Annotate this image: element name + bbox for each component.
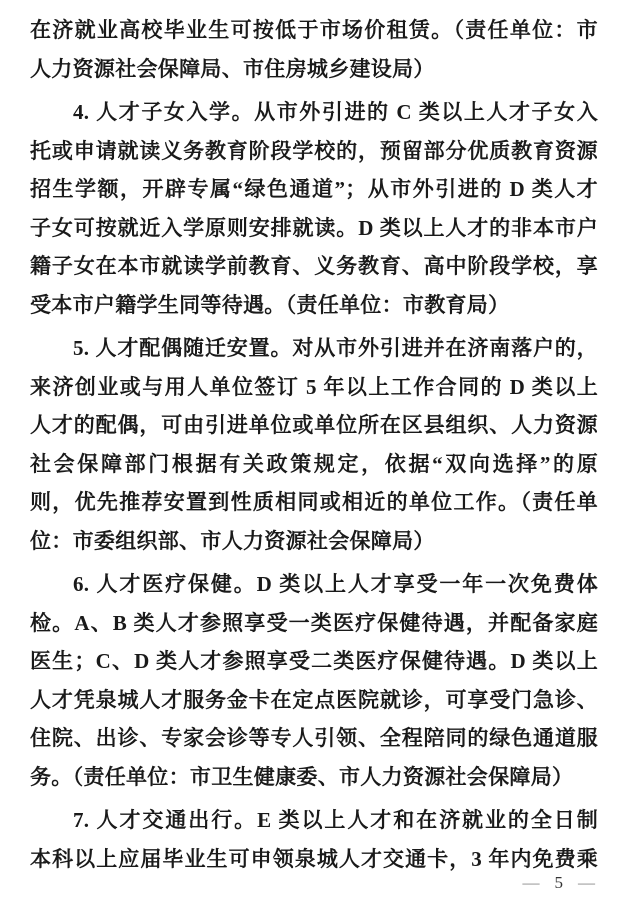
text-line-paragraph-7-start: 7. 人才交通出行。E 类以上人才和在济就业的全日制: [30, 801, 598, 840]
text-line: 在济就业高校毕业生可按低于市场价租赁。（责任单位：市: [30, 11, 598, 50]
text-line: 托或申请就读义务教育阶段学校的，预留部分优质教育资源: [30, 132, 598, 171]
text-line: 人才的配偶，可由引进单位或单位所在区县组织、人力资源: [30, 406, 598, 445]
footer-dash-left: —: [523, 873, 540, 892]
page-footer: —5—: [523, 870, 596, 896]
footer-dash-right: —: [578, 873, 595, 892]
text-line: 住院、出诊、专家会诊等专人引领、全程陪同的绿色通道服: [30, 719, 598, 758]
document-page: 在济就业高校毕业生可按低于市场价租赁。（责任单位：市 人力资源社会保障局、市住房…: [0, 0, 630, 903]
document-body: 在济就业高校毕业生可按低于市场价租赁。（责任单位：市 人力资源社会保障局、市住房…: [30, 11, 598, 878]
text-line: 人力资源社会保障局、市住房城乡建设局）: [30, 50, 598, 89]
text-line: 医生；C、D 类人才参照享受二类医疗保健待遇。D 类以上: [30, 642, 598, 681]
text-line: 检。A、B 类人才参照享受一类医疗保健待遇，并配备家庭: [30, 604, 598, 643]
text-line: 受本市户籍学生同等待遇。（责任单位：市教育局）: [30, 286, 598, 325]
text-line: 籍子女在本市就读学前教育、义务教育、高中阶段学校，享: [30, 247, 598, 286]
text-line: 人才凭泉城人才服务金卡在定点医院就诊，可享受门急诊、: [30, 681, 598, 720]
text-line: 则，优先推荐安置到性质相同或相近的单位工作。（责任单: [30, 483, 598, 522]
text-line: 社会保障部门根据有关政策规定，依据“双向选择”的原: [30, 445, 598, 484]
text-line-paragraph-6-start: 6. 人才医疗保健。D 类以上人才享受一年一次免费体: [30, 565, 598, 604]
text-line-paragraph-5-start: 5. 人才配偶随迁安置。对从市外引进并在济南落户的，: [30, 329, 598, 368]
text-line-paragraph-4-start: 4. 人才子女入学。从市外引进的 C 类以上人才子女入: [30, 93, 598, 132]
text-line: 本科以上应届毕业生可申领泉城人才交通卡，3 年内免费乘: [30, 840, 598, 879]
text-line: 招生学额，开辟专属“绿色通道”；从市外引进的 D 类人才: [30, 170, 598, 209]
text-line: 来济创业或与用人单位签订 5 年以上工作合同的 D 类以上: [30, 368, 598, 407]
text-line: 务。（责任单位：市卫生健康委、市人力资源社会保障局）: [30, 758, 598, 797]
page-number: 5: [555, 873, 564, 892]
text-line: 位：市委组织部、市人力资源社会保障局）: [30, 522, 598, 561]
text-line: 子女可按就近入学原则安排就读。D 类以上人才的非本市户: [30, 209, 598, 248]
